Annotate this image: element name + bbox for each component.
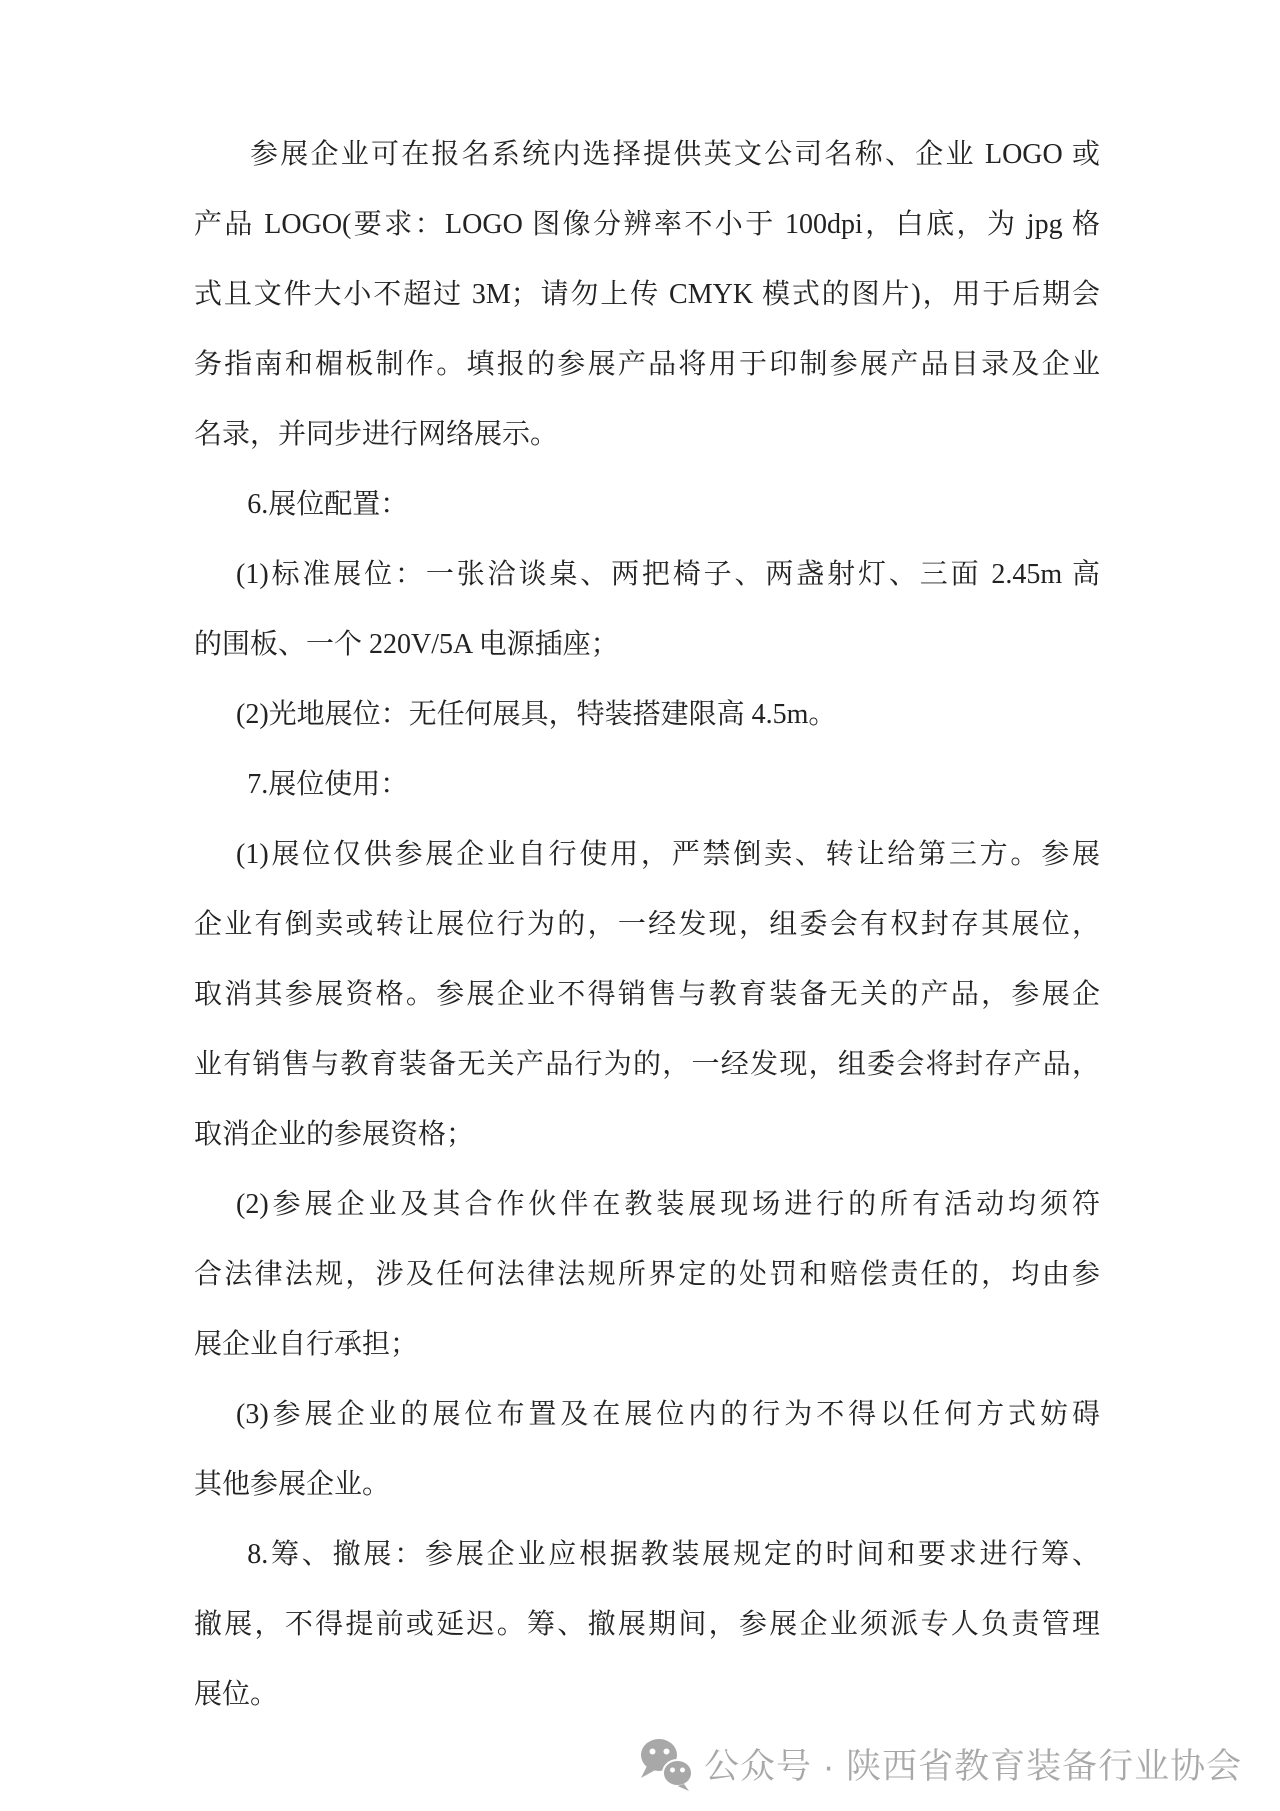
document-line: 产品 LOGO(要求：LOGO 图像分辨率不小于 100dpi，白底，为 jpg… <box>194 190 1100 260</box>
document-line: 取消企业的参展资格； <box>194 1100 1100 1170</box>
paragraph: 7.展位使用： <box>194 750 1100 820</box>
document-line: 的围板、一个 220V/5A 电源插座； <box>194 610 1100 680</box>
document-line: 合法律法规，涉及任何法律法规所界定的处罚和赔偿责任的，均由参 <box>194 1240 1100 1310</box>
document-line: (2)光地展位：无任何展具，特装搭建限高 4.5m。 <box>194 680 1100 750</box>
document-line: 展企业自行承担； <box>194 1310 1100 1380</box>
document-line: (1)标准展位：一张洽谈桌、两把椅子、两盏射灯、三面 2.45m 高 <box>194 540 1100 610</box>
document-line: 业有销售与教育装备无关产品行为的，一经发现，组委会将封存产品， <box>194 1030 1100 1100</box>
document-body: 参展企业可在报名系统内选择提供英文公司名称、企业 LOGO 或产品 LOGO(要… <box>194 120 1100 1730</box>
paragraph: (1)展位仅供参展企业自行使用，严禁倒卖、转让给第三方。参展企业有倒卖或转让展位… <box>194 820 1100 1170</box>
wechat-watermark: 公众号 · 陕西省教育装备行业协会 <box>638 1737 1242 1791</box>
paragraph: (3)参展企业的展位布置及在展位内的行为不得以任何方式妨碍其他参展企业。 <box>194 1380 1100 1520</box>
document-line: 参展企业可在报名系统内选择提供英文公司名称、企业 LOGO 或 <box>194 120 1100 190</box>
document-line: (3)参展企业的展位布置及在展位内的行为不得以任何方式妨碍 <box>194 1380 1100 1450</box>
document-line: (2)参展企业及其合作伙伴在教装展现场进行的所有活动均须符 <box>194 1170 1100 1240</box>
document-page: 参展企业可在报名系统内选择提供英文公司名称、企业 LOGO 或产品 LOGO(要… <box>0 0 1280 1811</box>
paragraph: 6.展位配置： <box>194 470 1100 540</box>
document-line: 务指南和楣板制作。填报的参展产品将用于印制参展产品目录及企业 <box>194 330 1100 400</box>
document-line: 式且文件大小不超过 3M；请勿上传 CMYK 模式的图片)，用于后期会 <box>194 260 1100 330</box>
paragraph: (2)参展企业及其合作伙伴在教装展现场进行的所有活动均须符合法律法规，涉及任何法… <box>194 1170 1100 1380</box>
document-line: 企业有倒卖或转让展位行为的，一经发现，组委会有权封存其展位， <box>194 890 1100 960</box>
document-line: 名录，并同步进行网络展示。 <box>194 400 1100 470</box>
paragraph: (1)标准展位：一张洽谈桌、两把椅子、两盏射灯、三面 2.45m 高的围板、一个… <box>194 540 1100 680</box>
document-line: 取消其参展资格。参展企业不得销售与教育装备无关的产品，参展企 <box>194 960 1100 1030</box>
wechat-icon <box>638 1737 694 1791</box>
paragraph: 8.筹、撤展：参展企业应根据教装展规定的时间和要求进行筹、撤展，不得提前或延迟。… <box>194 1520 1100 1730</box>
document-line: 6.展位配置： <box>194 470 1100 540</box>
document-line: 撤展，不得提前或延迟。筹、撤展期间，参展企业须派专人负责管理 <box>194 1590 1100 1660</box>
wechat-watermark-text: 公众号 · 陕西省教育装备行业协会 <box>704 1739 1242 1789</box>
paragraph: 参展企业可在报名系统内选择提供英文公司名称、企业 LOGO 或产品 LOGO(要… <box>194 120 1100 470</box>
document-line: 8.筹、撤展：参展企业应根据教装展规定的时间和要求进行筹、 <box>194 1520 1100 1590</box>
document-line: 其他参展企业。 <box>194 1450 1100 1520</box>
paragraph: (2)光地展位：无任何展具，特装搭建限高 4.5m。 <box>194 680 1100 750</box>
document-line: 展位。 <box>194 1660 1100 1730</box>
document-line: 7.展位使用： <box>194 750 1100 820</box>
document-line: (1)展位仅供参展企业自行使用，严禁倒卖、转让给第三方。参展 <box>194 820 1100 890</box>
